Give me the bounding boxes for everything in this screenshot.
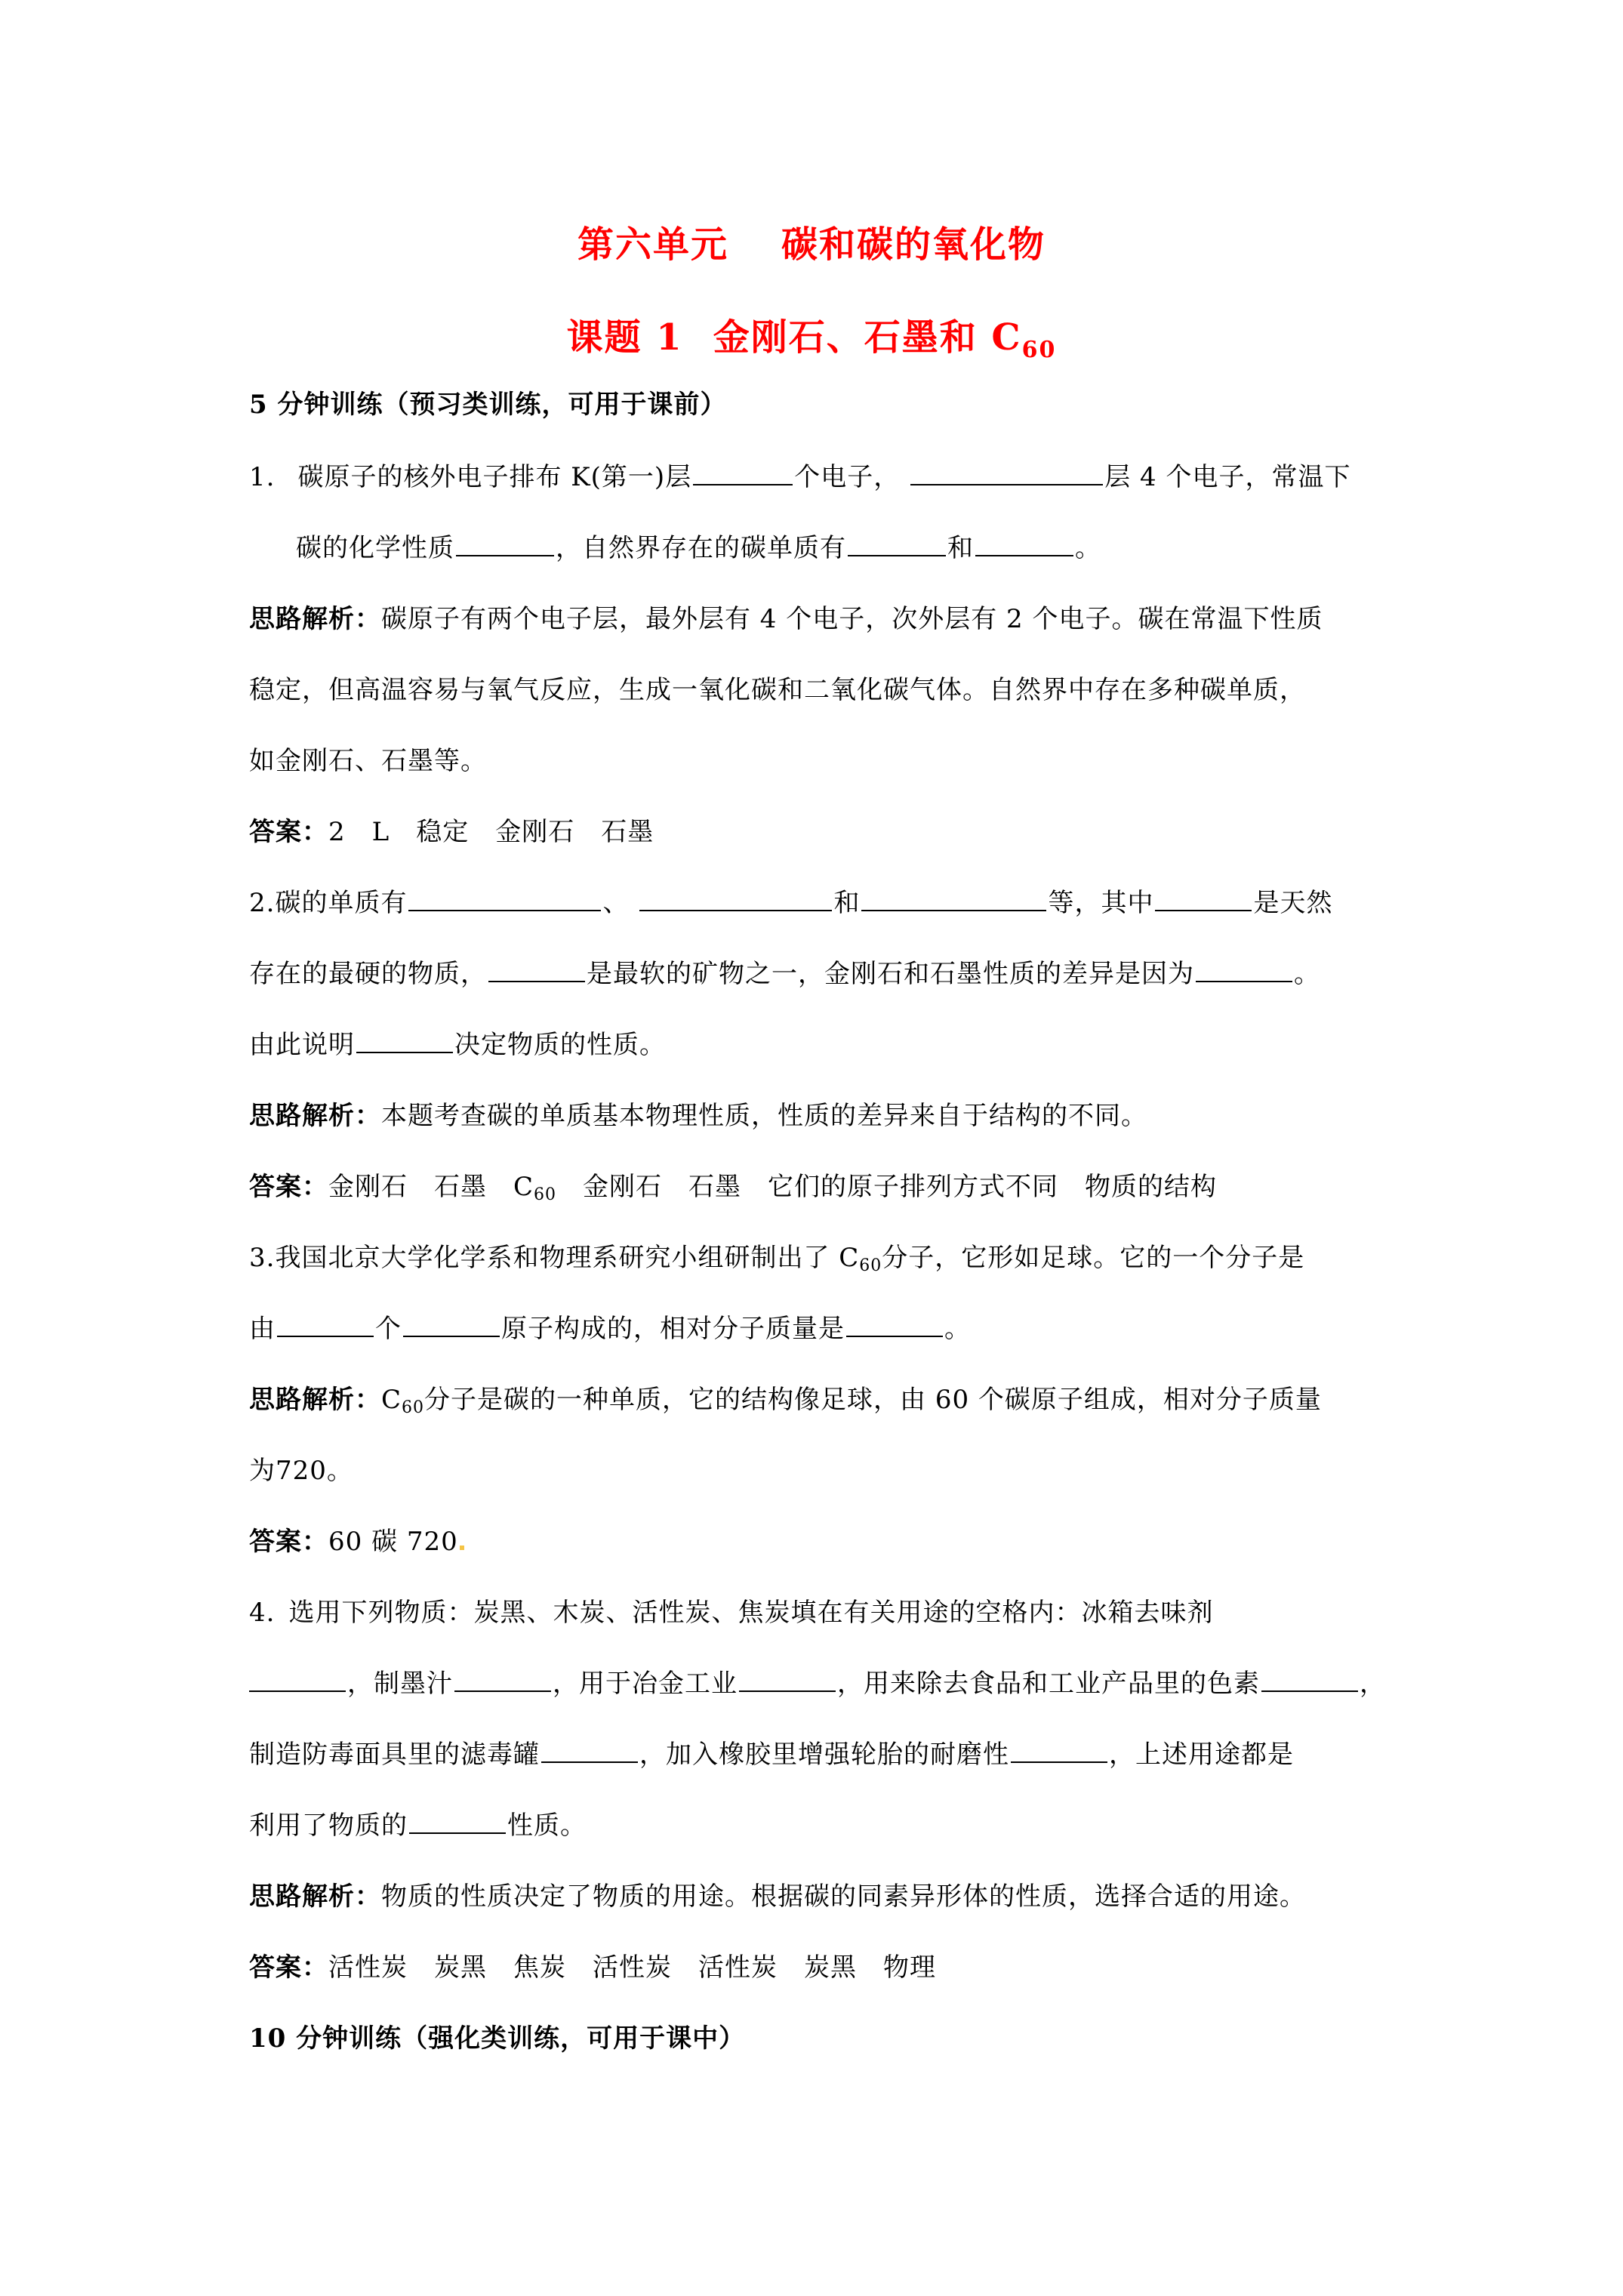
question-4-line-4: 利用了物质的性质。 [249,1808,587,1844]
subscript: 60 [534,1185,556,1204]
answer-label: 答案： [249,1527,328,1557]
question-number: 1. [249,462,275,492]
q4-text: 利用了物质的 [249,1811,408,1841]
q3-text: 个 [375,1314,402,1344]
q2-text: 是最软的矿物之一，金刚石和石墨性质的差异是因为 [587,959,1194,989]
q2-text: 和 [833,888,860,918]
q1-text: 和 [947,533,974,563]
lesson-title-prefix: 课题 1 [567,316,683,359]
answer-text: 活性炭 炭黑 焦炭 活性炭 活性炭 炭黑 物理 [328,1952,936,1983]
answer-blank[interactable] [693,461,793,485]
question-3-line-2: 由个原子构成的，相对分子质量是。 [249,1311,971,1347]
lesson-title-subscript: 60 [1022,337,1057,363]
unit-title-left: 第六单元 [577,223,728,266]
question-number: 4. [249,1598,275,1628]
q2-text: 、 [602,888,629,918]
answer-blank[interactable] [454,1668,551,1692]
section-heading-10min: 10 分钟训练（强化类训练，可用于课中） [249,2020,745,2057]
answer-blank[interactable] [739,1668,836,1692]
answer-label: 答案： [249,1172,328,1202]
q1-text: 碳的化学性质 [296,533,454,563]
question-2-line-1: 2.碳的单质有、和等，其中是天然 [249,885,1332,921]
answer-blank[interactable] [1011,1739,1107,1763]
q3-text: 我国北京大学化学系和物理系研究小组研制出了 C [275,1243,859,1273]
answer-blank[interactable] [846,1313,943,1337]
question-4-analysis: 思路解析：物质的性质决定了物质的用途。根据碳的同素异形体的性质，选择合适的用途。 [249,1878,1306,1915]
question-4-line-3: 制造防毒面具里的滤毒罐，加入橡胶里增强轮胎的耐磨性，上述用途都是 [249,1737,1294,1773]
answer-blank[interactable] [249,1668,346,1692]
answer-blank[interactable] [848,532,946,556]
question-1-analysis: 思路解析：碳原子有两个电子层，最外层有 4 个电子，次外层有 2 个电子。碳在常… [249,601,1323,637]
q2-text: 。 [1294,959,1320,989]
lesson-title-main: 金刚石、石墨和 C [713,316,1022,359]
q4-text: 制造防毒面具里的滤毒罐 [249,1740,540,1770]
highlight-mark [460,1546,464,1550]
analysis-label: 思路解析： [249,1101,381,1131]
answer-blank[interactable] [1155,887,1252,911]
q2-text: 是天然 [1253,888,1332,918]
q2-text: 决定物质的性质。 [454,1030,666,1060]
q2-text: 存在的最硬的物质， [249,959,487,989]
answer-blank[interactable] [409,1810,506,1834]
answer-label: 答案： [249,1952,328,1983]
q3-text: 由 [249,1314,276,1344]
q4-text: 选用下列物质：炭黑、木炭、活性炭、焦炭填在有关用途的空格内：冰箱去味剂 [288,1598,1213,1628]
q1-text: 个电子， [794,462,900,492]
answer-text: 2 L 稳定 金刚石 石墨 [328,817,654,847]
analysis-label: 思路解析： [249,1881,381,1912]
q4-text: ， [1360,1669,1386,1699]
answer-blank[interactable] [910,461,1103,485]
q1-text: 碳原子的核外电子排布 K(第一)层 [297,462,691,492]
answer-blank[interactable] [488,958,585,982]
question-3-line-1: 3.我国北京大学化学系和物理系研究小组研制出了 C60分子，它形如足球。它的一个… [249,1240,1304,1276]
answer-blank[interactable] [456,532,554,556]
answer-text: 60 碳 720 [328,1527,458,1557]
q3-text: 。 [944,1314,971,1344]
question-2-line-3: 由此说明决定物质的性质。 [249,1027,666,1063]
section-heading-5min: 5 分钟训练（预习类训练，可用于课前） [249,387,727,423]
question-1-answer: 答案：2 L 稳定 金刚石 石墨 [249,814,654,850]
question-1-line-1: 1.碳原子的核外电子排布 K(第一)层个电子，层 4 个电子，常温下 [249,459,1350,495]
analysis-text: 碳原子有两个电子层，最外层有 4 个电子，次外层有 2 个电子。碳在常温下性质 [381,604,1323,634]
answer-blank[interactable] [356,1029,453,1053]
question-2-line-2: 存在的最硬的物质，是最软的矿物之一，金刚石和石墨性质的差异是因为。 [249,956,1320,992]
q4-text: ，用于冶金工业 [553,1669,738,1699]
q4-text: ，制墨汁 [347,1669,453,1699]
answer-blank[interactable] [639,887,832,911]
q1-text: ，自然界存在的碳单质有 [556,533,846,563]
question-4-line-1: 4.选用下列物质：炭黑、木炭、活性炭、焦炭填在有关用途的空格内：冰箱去味剂 [249,1595,1213,1631]
question-number: 3. [249,1243,275,1273]
q3-text: 原子构成的，相对分子质量是 [501,1314,845,1344]
q1-text: 。 [1075,533,1101,563]
question-2-answer: 答案：金刚石 石墨 C60 金刚石 石墨 它们的原子排列方式不同 物质的结构 [249,1169,1217,1205]
question-number: 2. [249,888,275,918]
answer-text: 金刚石 石墨 它们的原子排列方式不同 物质的结构 [556,1172,1217,1202]
analysis-text: 分子是碳的一种单质，它的结构像足球，由 60 个碳原子组成，相对分子质量 [424,1385,1322,1415]
question-3-analysis-line-2: 为720。 [249,1453,353,1489]
q4-text: ，上述用途都是 [1109,1740,1294,1770]
answer-blank[interactable] [975,532,1073,556]
subscript: 60 [859,1256,882,1275]
q4-text: ，用来除去食品和工业产品里的色素 [837,1669,1260,1699]
question-4-answer: 答案：活性炭 炭黑 焦炭 活性炭 活性炭 炭黑 物理 [249,1949,936,1986]
unit-title: 第六单元碳和碳的氧化物 [0,215,1623,267]
answer-label: 答案： [249,817,328,847]
question-1-analysis-line-3: 如金刚石、石墨等。 [249,743,487,779]
q2-text: 等，其中 [1048,888,1153,918]
q3-text: 分子，它形如足球。它的一个分子是 [882,1243,1304,1273]
subscript: 60 [402,1398,424,1417]
analysis-label: 思路解析： [249,604,381,634]
analysis-label: 思路解析： [249,1385,381,1415]
q1-text: 层 4 个电子，常温下 [1104,462,1350,492]
unit-title-right: 碳和碳的氧化物 [781,223,1046,266]
answer-text: 金刚石 石墨 C [328,1172,534,1202]
document-page: 第六单元碳和碳的氧化物 课题 1金刚石、石墨和 C60 5 分钟训练（预习类训练… [0,0,1623,2296]
question-1-line-2: 碳的化学性质，自然界存在的碳单质有和。 [296,530,1101,566]
question-4-line-2: ，制墨汁，用于冶金工业，用来除去食品和工业产品里的色素， [249,1666,1386,1702]
q4-text: ，加入橡胶里增强轮胎的耐磨性 [639,1740,1009,1770]
question-2-analysis: 思路解析：本题考查碳的单质基本物理性质，性质的差异来自于结构的不同。 [249,1098,1147,1134]
answer-blank[interactable] [861,887,1046,911]
question-1-analysis-line-2: 稳定，但高温容易与氧气反应，生成一氧化碳和二氧化碳气体。自然界中存在多种碳单质， [249,672,1306,708]
q2-text: 由此说明 [249,1030,355,1060]
analysis-text: 本题考查碳的单质基本物理性质，性质的差异来自于结构的不同。 [381,1101,1147,1131]
answer-blank[interactable] [1196,958,1292,982]
question-3-answer: 答案：60 碳 720 [249,1524,466,1560]
answer-blank[interactable] [277,1313,374,1337]
q2-text: 碳的单质有 [275,888,407,918]
q4-text: 性质。 [507,1811,587,1841]
answer-blank[interactable] [1261,1668,1358,1692]
analysis-text: 物质的性质决定了物质的用途。根据碳的同素异形体的性质，选择合适的用途。 [381,1881,1306,1912]
lesson-title: 课题 1金刚石、石墨和 C60 [0,308,1623,360]
analysis-text: C [381,1385,402,1415]
answer-blank[interactable] [408,887,601,911]
answer-blank[interactable] [403,1313,500,1337]
question-3-analysis: 思路解析：C60分子是碳的一种单质，它的结构像足球，由 60 个碳原子组成，相对… [249,1382,1322,1418]
answer-blank[interactable] [541,1739,638,1763]
